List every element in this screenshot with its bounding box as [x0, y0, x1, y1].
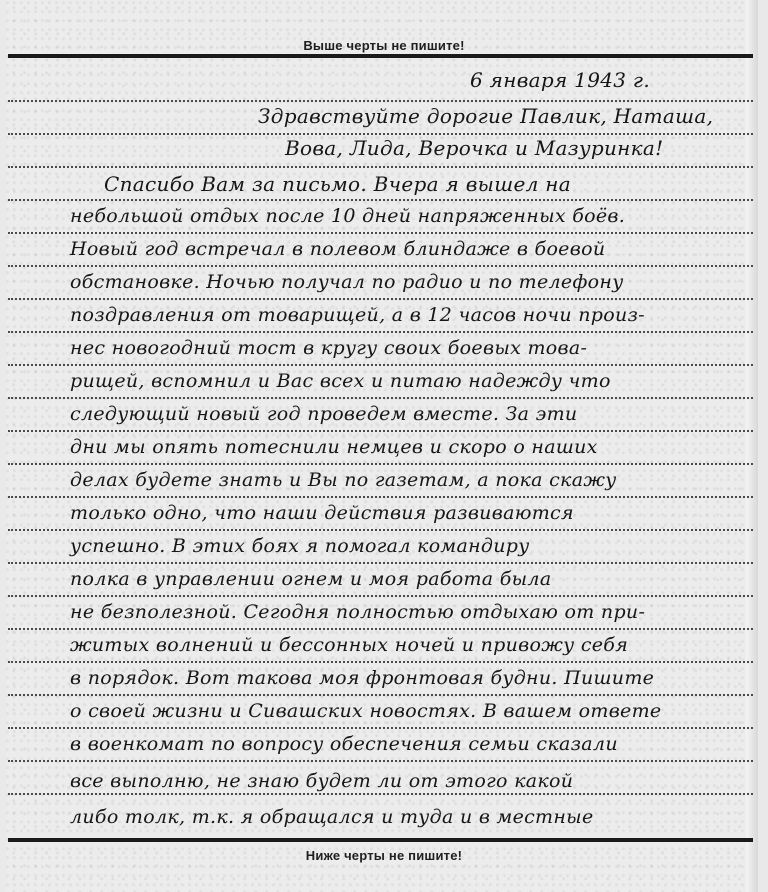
body-line: все выполню, не знаю будет ли от этого к…	[70, 770, 573, 792]
ruled-line	[8, 529, 753, 531]
ruled-line	[8, 133, 753, 135]
body-line: рищей, вспомнил и Вас всех и питаю надеж…	[70, 370, 611, 392]
ruled-line	[8, 661, 753, 663]
ruled-line	[8, 562, 753, 564]
ruled-line	[8, 199, 753, 201]
body-line: Новый год встречал в полевом блиндаже в …	[70, 238, 605, 260]
body-line: успешно. В этих боях я помогал командиру	[70, 535, 530, 557]
ruled-line	[8, 628, 753, 630]
bottom-rule	[8, 838, 753, 842]
greeting-line-1: Здравствуйте дорогие Павлик, Наташа,	[258, 104, 713, 128]
body-line: нес новогодний тост в кругу своих боевых…	[70, 337, 587, 359]
ruled-line	[8, 694, 753, 696]
body-line: только одно, что наши действия развивают…	[70, 502, 574, 524]
body-line: Спасибо Вам за письмо. Вчера я вышел на	[104, 172, 571, 196]
ruled-line	[8, 298, 753, 300]
body-line: небольшой отдых после 10 дней напряженны…	[70, 205, 625, 227]
body-line: полка в управлении огнем и моя работа бы…	[70, 568, 551, 590]
ruled-line	[8, 595, 753, 597]
ruled-line	[8, 331, 753, 333]
greeting-line-2: Вова, Лида, Верочка и Мазуринка!	[285, 136, 663, 160]
body-line: в порядок. Вот такова моя фронтовая будн…	[70, 667, 654, 689]
body-line: о своей жизни и Сивашских новостях. В ва…	[70, 700, 661, 722]
ruled-line	[8, 793, 753, 795]
ruled-line	[8, 166, 753, 168]
ruled-line	[8, 496, 753, 498]
ruled-line	[8, 727, 753, 729]
ruled-line	[8, 364, 753, 366]
body-line: делах будете знать и Вы по газетам, а по…	[70, 469, 617, 491]
ruled-line	[8, 265, 753, 267]
body-line: либо толк, т.к. я обращался и туда и в м…	[70, 806, 594, 828]
body-line: поздравления от товарищей, а в 12 часов …	[70, 304, 645, 326]
ruled-line	[8, 232, 753, 234]
ruled-line	[8, 100, 753, 102]
body-line: дни мы опять потеснили немцев и скоро о …	[70, 436, 598, 458]
top-rule	[8, 54, 753, 58]
body-line: обстановке. Ночью получал по радио и по …	[70, 271, 624, 293]
ruled-line	[8, 430, 753, 432]
letter-date: 6 января 1943 г.	[470, 68, 650, 92]
body-line: житых волнений и бессонных ночей и приво…	[70, 634, 628, 656]
body-line: в военкомат по вопросу обеспечения семьи…	[70, 733, 618, 755]
ruled-line	[8, 760, 753, 762]
ruled-line	[8, 397, 753, 399]
bottom-notice: Ниже черты не пишите!	[0, 848, 768, 863]
ruled-line	[8, 463, 753, 465]
body-line: следующий новый год проведем вместе. За …	[70, 403, 577, 425]
body-line: не безполезной. Сегодня полностью отдыха…	[70, 601, 645, 623]
top-notice: Выше черты не пишите!	[0, 38, 768, 53]
